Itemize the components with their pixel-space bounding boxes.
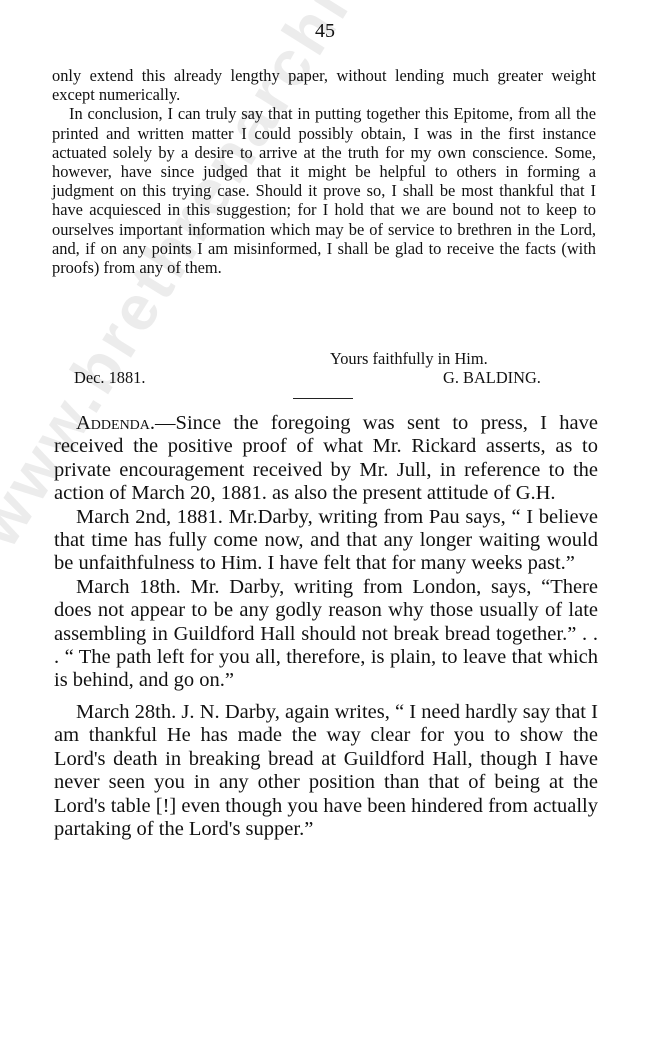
addenda-paragraph: Addenda.—Since the foregoing was sent to… <box>54 412 598 506</box>
addenda-paragraph: March 2nd, 1881. Mr.Darby, writing from … <box>54 506 598 576</box>
addenda-heading: Addenda. <box>76 412 155 434</box>
letter-body: only extend this already lengthy paper, … <box>52 66 596 277</box>
letter-date: Dec. 1881. <box>74 368 145 388</box>
closing-line: Yours faithfully in Him. <box>330 349 488 369</box>
section-divider <box>293 398 353 399</box>
page-number: 45 <box>0 20 650 43</box>
addenda-paragraph: March 18th. Mr. Darby, writing from Lond… <box>54 576 598 693</box>
addenda-paragraph: March 28th. J. N. Darby, again writes, “… <box>54 701 598 841</box>
letter-paragraph: In conclusion, I can truly say that in p… <box>52 104 596 277</box>
signature: G. BALDING. <box>443 368 541 388</box>
letter-paragraph: only extend this already lengthy paper, … <box>52 66 596 104</box>
addenda-section: Addenda.—Since the foregoing was sent to… <box>54 412 598 841</box>
